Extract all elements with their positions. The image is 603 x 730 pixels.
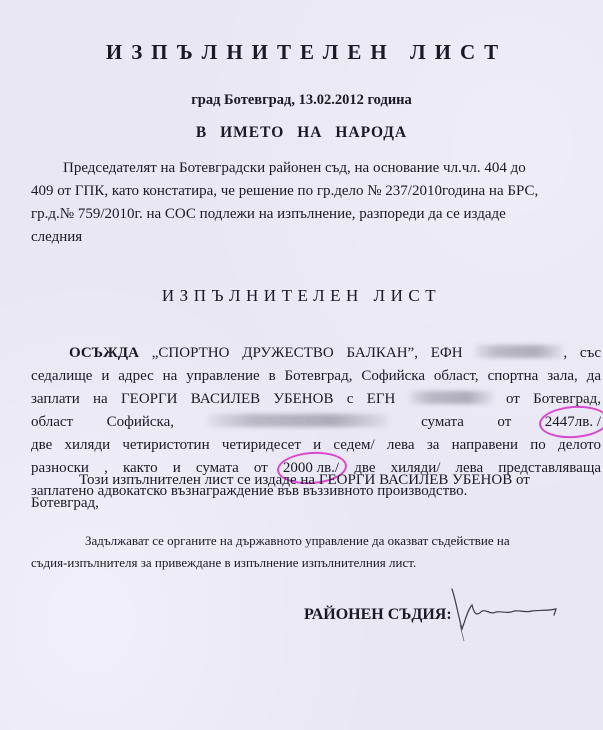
place-and-date: град Ботевград, 13.02.2012 година	[0, 92, 603, 109]
amount-costs-circled: 2447лв. /	[545, 411, 601, 434]
judge-label: РАЙОНЕН СЪДИЯ:	[304, 606, 452, 624]
obligation-line: Задължават се органите на държавното упр…	[31, 530, 591, 552]
intro-line: следния	[31, 226, 571, 249]
document-title: ИЗПЪЛНИТЕЛЕН ЛИСТ	[0, 40, 603, 65]
signature-icon	[446, 585, 566, 645]
issued-paragraph: Този изпълнителен лист се издаде на ГЕОР…	[31, 469, 571, 515]
ruling-line: област Софийска, сумата от 2447лв. /	[31, 411, 601, 434]
ruling-line: ОСЪЖДА „СПОРТНО ДРУЖЕСТВО БАЛКАН”, ЕФН ,…	[31, 342, 601, 365]
ruling-verb: ОСЪЖДА	[69, 345, 139, 361]
redacted-egn	[409, 391, 493, 404]
issued-line: Този изпълнителен лист се издаде на ГЕОР…	[31, 469, 571, 492]
in-the-name-of-the-people: В ИМЕТО НА НАРОДА	[0, 124, 603, 142]
issued-line: Ботевград,	[31, 492, 571, 515]
ruling-line: заплати на ГЕОРГИ ВАСИЛЕВ УБЕНОВ с ЕГН о…	[31, 388, 601, 411]
obligation-line: съдия-изпълнителя за привеждане в изпълн…	[31, 552, 591, 574]
intro-paragraph: Председателят на Ботевградски районен съ…	[31, 157, 571, 249]
document-subtitle: ИЗПЪЛНИТЕЛЕН ЛИСТ	[0, 286, 603, 306]
redacted-efn	[475, 345, 563, 358]
ruling-line: седалище и адрес на управление в Ботевгр…	[31, 365, 601, 388]
redacted-address	[208, 414, 388, 427]
intro-line: Председателят на Ботевградски районен съ…	[31, 157, 571, 180]
intro-line: 409 от ГПК, като констатира, че решение …	[31, 180, 571, 203]
obligation-paragraph: Задължават се органите на държавното упр…	[31, 530, 591, 574]
intro-line: гр.д.№ 759/2010г. на СОС подлежи на изпъ…	[31, 203, 571, 226]
defendant-name: „СПОРТНО ДРУЖЕСТВО БАЛКАН”, ЕФН	[152, 345, 463, 361]
document-page: ИЗПЪЛНИТЕЛЕН ЛИСТ град Ботевград, 13.02.…	[0, 0, 603, 730]
claimant-name: заплати на ГЕОРГИ ВАСИЛЕВ УБЕНОВ с ЕГН	[31, 391, 395, 407]
